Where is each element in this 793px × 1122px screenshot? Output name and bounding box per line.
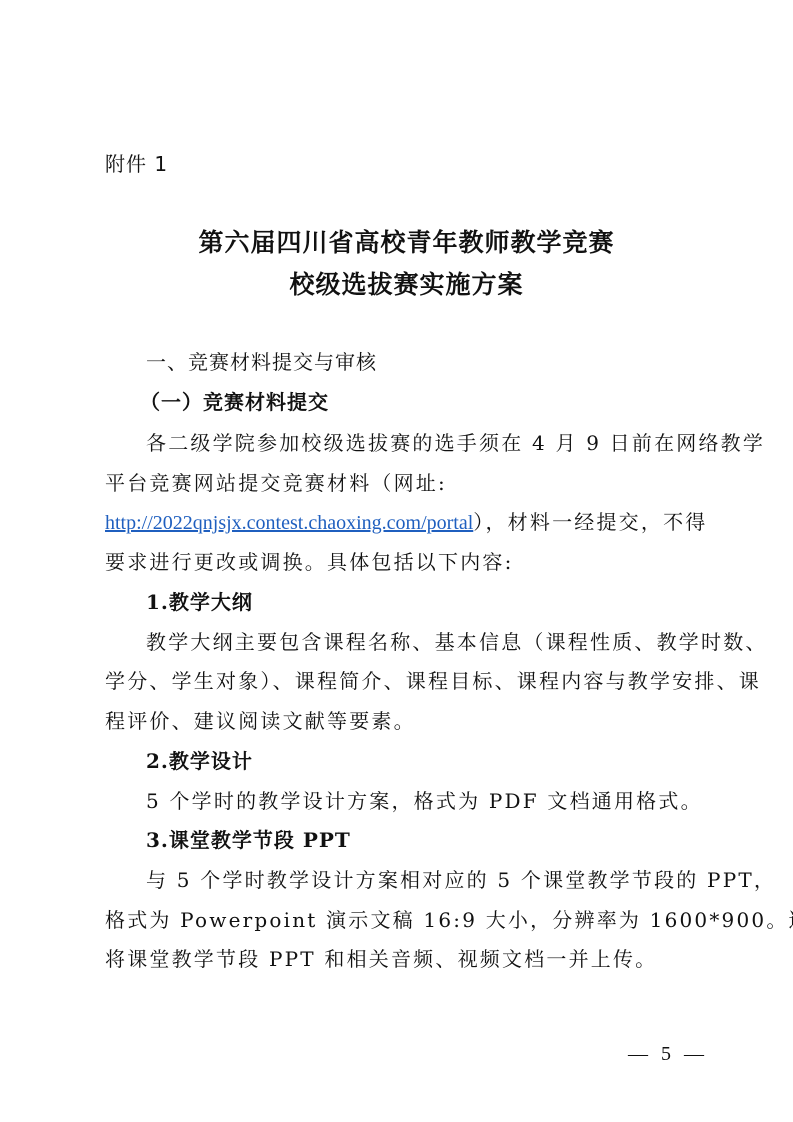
paragraph-line: 平台竞赛网站提交竞赛材料（网址: <box>105 471 447 495</box>
portal-link[interactable]: http://2022qnjsjx.contest.chaoxing.com/p… <box>105 512 473 534</box>
paragraph-line: 程评价、建议阅读文献等要素。 <box>105 709 416 733</box>
section-heading: 一、竞赛材料提交与审核 <box>146 350 377 374</box>
page-number: — 5 — <box>628 1043 708 1066</box>
paragraph-line: 要求进行更改或调换。具体包括以下内容: <box>105 550 514 574</box>
document-page: 附件 1 第六届四川省高校青年教师教学竞赛 校级选拔赛实施方案 一、竞赛材料提交… <box>0 0 793 1122</box>
attachment-label: 附件 1 <box>105 152 168 176</box>
item-heading: 2.教学设计 <box>146 749 253 773</box>
paragraph-line: 5 个学时的教学设计方案，格式为 PDF 文档通用格式。 <box>146 789 703 813</box>
paragraph-line-with-link: http://2022qnjsjx.contest.chaoxing.com/p… <box>105 510 707 535</box>
subsection-heading: （一）竞赛材料提交 <box>140 390 329 414</box>
paragraph-text: ），材料一经提交，不得 <box>473 510 707 534</box>
document-title-line2: 校级选拔赛实施方案 <box>10 270 793 300</box>
paragraph-line: 格式为 Powerpoint 演示文稿 16:9 大小，分辨率为 1600*90… <box>105 908 793 932</box>
item-heading: 3.课堂教学节段 PPT <box>146 828 351 852</box>
paragraph-line: 教学大纲主要包含课程名称、基本信息（课程性质、教学时数、 <box>146 630 768 654</box>
paragraph-line: 学分、学生对象）、课程简介、课程目标、课程内容与教学安排、课 <box>105 669 761 693</box>
item-heading: 1.教学大纲 <box>146 590 253 614</box>
paragraph-line: 各二级学院参加校级选拔赛的选手须在 4 月 9 日前在网络教学 <box>146 431 765 455</box>
paragraph-line: 将课堂教学节段 PPT 和相关音频、视频文档一并上传。 <box>105 947 657 971</box>
document-title-line1: 第六届四川省高校青年教师教学竞赛 <box>10 228 793 258</box>
paragraph-line: 与 5 个学时教学设计方案相对应的 5 个课堂教学节段的 PPT， <box>146 868 776 892</box>
